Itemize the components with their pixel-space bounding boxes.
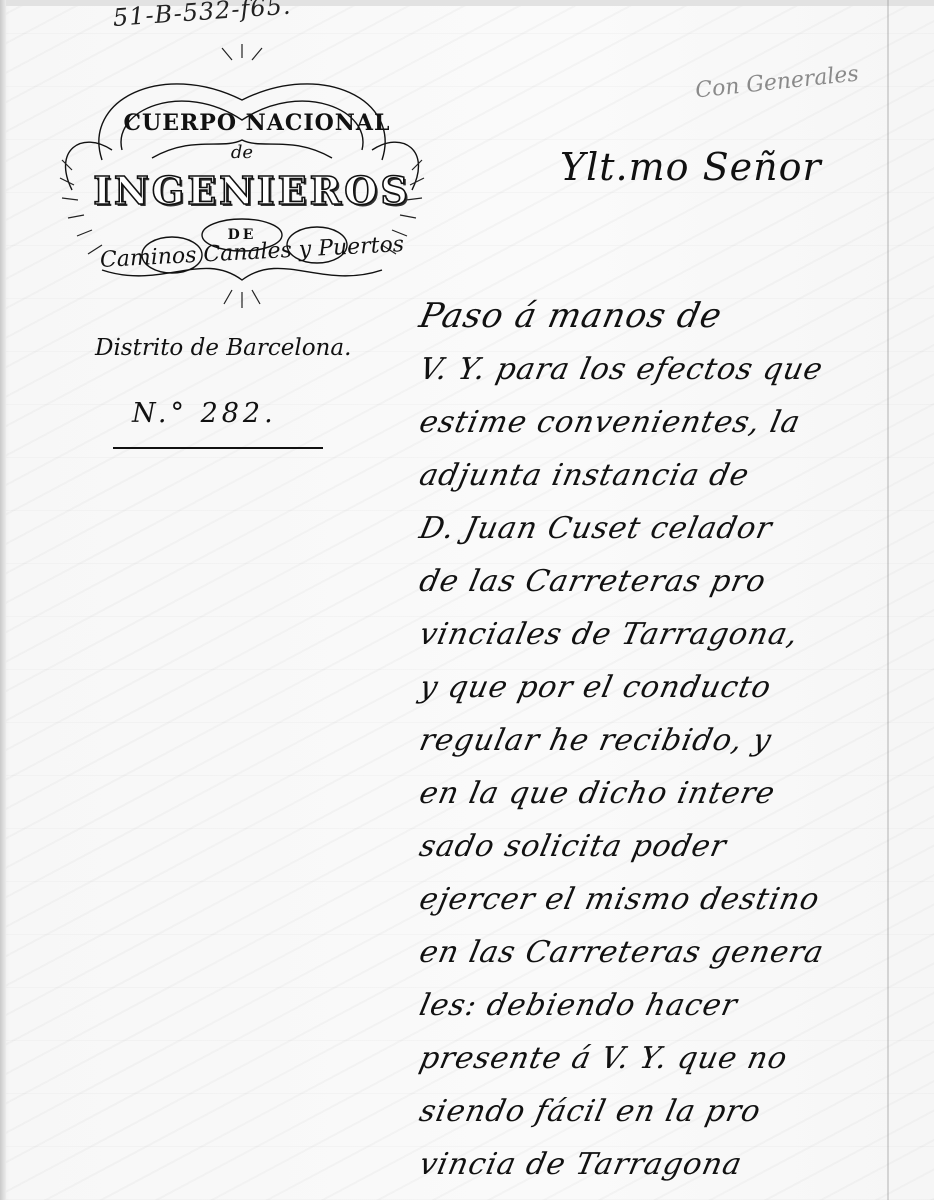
- body-line: ejercer el mismo destino: [414, 873, 890, 926]
- body-line: siendo fácil en la pro: [414, 1085, 890, 1138]
- body-line: D. Juan Cuset celador: [414, 502, 890, 555]
- body-line: vinciales de Tarragona,: [414, 608, 890, 661]
- letterhead-title: CUERPO NACIONAL: [112, 110, 402, 136]
- letterhead: CUERPO NACIONAL de INGENIEROS DE Caminos…: [42, 40, 442, 310]
- body-line: de las Carreteras pro: [414, 555, 890, 608]
- salutation: Ylt.mo Señor: [560, 145, 822, 189]
- body-line: en las Carreteras genera: [414, 926, 890, 979]
- letterhead-ingenieros: INGENIEROS: [82, 168, 422, 213]
- page-left-edge: [0, 0, 6, 1200]
- document-number: N.° 282.: [132, 398, 277, 429]
- body-line: regular he recibido, y: [414, 714, 890, 767]
- body-line: Paso á manos de: [414, 290, 890, 343]
- body-line: vincia de Tarragona: [414, 1138, 890, 1191]
- district-label: Distrito de Barcelona.: [95, 335, 351, 361]
- body-line: V. Y. para los efectos que: [414, 343, 890, 396]
- archive-reference: 51-B-532-f65.: [112, 0, 292, 32]
- body-line: estime convenientes, la: [414, 396, 890, 449]
- pencil-annotation: Con Generales: [694, 61, 860, 103]
- number-underline: [113, 447, 323, 449]
- letterhead-de: de: [212, 142, 272, 163]
- scanned-letter-page: 51-B-532-f65. Con Generales CUERPO: [0, 0, 934, 1200]
- body-line: y que por el conducto: [414, 661, 890, 714]
- body-line: en la que dicho intere: [414, 767, 890, 820]
- body-line: presente á V. Y. que no: [414, 1032, 890, 1085]
- letter-body: Paso á manos de V. Y. para los efectos q…: [420, 290, 885, 1191]
- body-line: les: debiendo hacer: [414, 979, 890, 1032]
- page-fold-line: [887, 0, 889, 1200]
- body-line: sado solicita poder: [414, 820, 890, 873]
- body-line: adjunta instancia de: [414, 449, 890, 502]
